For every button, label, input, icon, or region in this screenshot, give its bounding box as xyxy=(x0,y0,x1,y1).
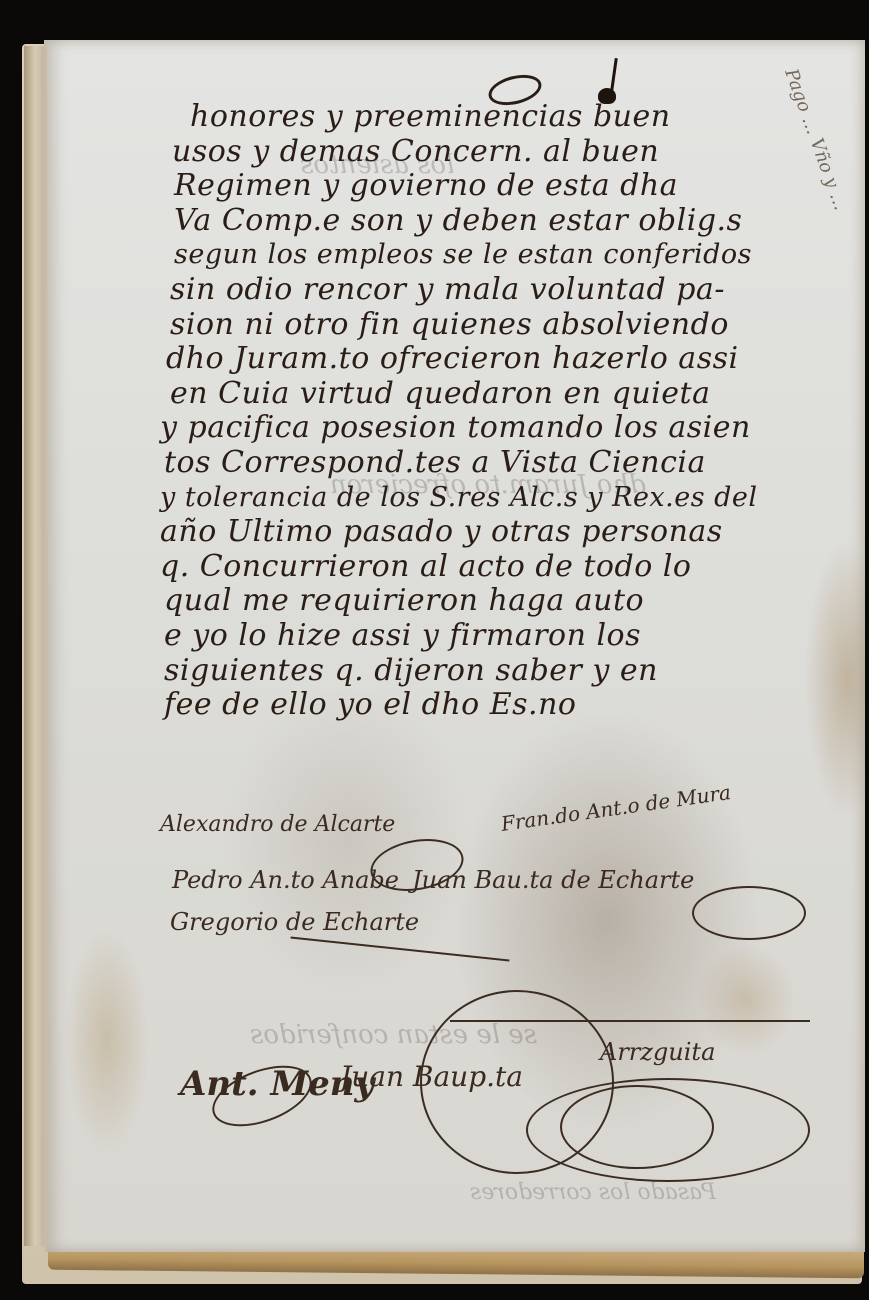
rubric-stroke xyxy=(450,1020,810,1022)
text-line: e yo lo hize assi y firmaron los xyxy=(164,619,810,654)
manuscript-body: honores y preeminencias buen usos y dema… xyxy=(150,100,810,723)
text-line: año Ultimo pasado y otras personas xyxy=(160,515,810,550)
text-line: fee de ello yo el dho Es.no xyxy=(164,688,810,723)
rubric-flourish xyxy=(692,886,806,940)
signature-alexandro: Alexandro de Alcarte xyxy=(160,812,395,837)
signature-pedro: Pedro An.to Anabe xyxy=(172,866,399,894)
text-line: sin odio rencor y mala voluntad pa- xyxy=(170,273,810,308)
text-line: honores y preeminencias buen xyxy=(190,100,810,135)
signature-notary-right: Arrzguita xyxy=(600,1038,715,1066)
text-line: usos y demas Concern. al buen xyxy=(172,135,810,170)
text-line: sion ni otro fin quienes absolviendo xyxy=(170,308,810,343)
text-line: q. Concurrieron al acto de todo lo xyxy=(160,550,810,585)
text-line: y pacifica posesion tomando los asien xyxy=(160,411,810,446)
text-line: Va Comp.e son y deben estar oblig.s xyxy=(174,204,810,239)
text-line: y tolerancia de los S.res Alc.s y Rex.es… xyxy=(160,481,810,516)
text-line: dho Juram.to ofrecieron hazerlo assi xyxy=(166,342,810,377)
text-line: siguientes q. dijeron saber y en xyxy=(164,654,810,689)
signature-gregorio: Gregorio de Echarte xyxy=(170,908,419,936)
text-line: en Cuia virtud quedaron en quieta xyxy=(170,377,810,412)
binding-edge xyxy=(24,46,46,1246)
text-line: segun los empleos se le estan conferidos xyxy=(174,238,810,273)
bleedthrough-text: Pasado los corredores xyxy=(470,1180,716,1205)
text-line: tos Correspond.tes a Vista Ciencia xyxy=(164,446,810,481)
text-line: Regimen y govierno de esta dha xyxy=(174,169,810,204)
rubric-flourish xyxy=(560,1085,714,1169)
text-line: qual me requirieron haga auto xyxy=(164,584,810,619)
